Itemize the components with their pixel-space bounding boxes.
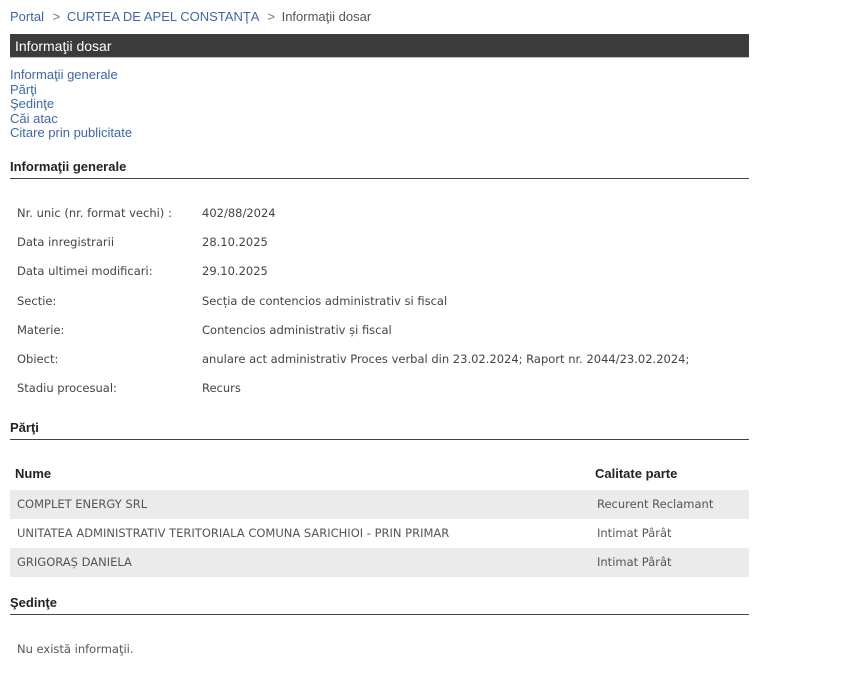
section-heading-hearings: Şedinţe <box>10 595 749 615</box>
table-header: Nume Calitate parte <box>10 462 749 490</box>
breadcrumb-current: Informaţii dosar <box>282 9 372 24</box>
page-title: Informaţii dosar <box>15 38 111 54</box>
party-role: Recurent Reclamant <box>597 497 713 511</box>
quicklink-general-info[interactable]: Informaţii generale <box>10 68 132 83</box>
column-header-name: Nume <box>15 466 51 481</box>
breadcrumb-separator: > <box>53 9 61 24</box>
info-value: Recurs <box>202 381 241 395</box>
section-heading-text: Şedinţe <box>10 595 57 610</box>
table-row: COMPLET ENERGY SRL Recurent Reclamant <box>10 490 749 519</box>
page-title-bar: Informaţii dosar <box>10 34 749 58</box>
quicklink-appeals[interactable]: Căi atac <box>10 112 132 127</box>
section-heading-parties: Părţi <box>10 420 749 440</box>
table-row: GRIGORAȘ DANIELA Intimat Pârât <box>10 548 749 577</box>
info-label: Data ultimei modificari: <box>17 264 153 278</box>
hearings-empty-message: Nu există informaţii. <box>17 642 134 656</box>
breadcrumb-court-link[interactable]: CURTEA DE APEL CONSTANŢA <box>67 9 259 24</box>
info-label: Stadiu procesual: <box>17 381 117 395</box>
party-name: UNITATEA ADMINISTRATIV TERITORIALA COMUN… <box>17 526 449 540</box>
section-heading-text: Părţi <box>10 420 39 435</box>
info-value: 402/88/2024 <box>202 206 276 220</box>
info-value: 29.10.2025 <box>202 264 268 278</box>
section-heading-general-info: Informaţii generale <box>10 159 749 179</box>
info-value: Secția de contencios administrativ si fi… <box>202 294 447 308</box>
party-name: COMPLET ENERGY SRL <box>17 497 147 511</box>
info-label: Sectie: <box>17 294 56 308</box>
info-label: Materie: <box>17 323 64 337</box>
section-quicklinks: Informaţii generale Părţi Şedinţe Căi at… <box>10 68 132 141</box>
party-role: Intimat Pârât <box>597 555 672 569</box>
table-row: UNITATEA ADMINISTRATIV TERITORIALA COMUN… <box>10 519 749 548</box>
party-name: GRIGORAȘ DANIELA <box>17 555 132 569</box>
breadcrumb-portal-link[interactable]: Portal <box>10 9 44 24</box>
parties-table: Nume Calitate parte COMPLET ENERGY SRL R… <box>10 462 749 577</box>
quicklink-hearings[interactable]: Şedinţe <box>10 97 132 112</box>
info-value: 28.10.2025 <box>202 235 268 249</box>
column-header-role: Calitate parte <box>595 466 677 481</box>
info-label: Nr. unic (nr. format vechi) : <box>17 206 172 220</box>
breadcrumb: Portal > CURTEA DE APEL CONSTANŢA > Info… <box>10 9 371 24</box>
info-label: Data inregistrarii <box>17 235 114 249</box>
section-heading-text: Informaţii generale <box>10 159 126 174</box>
info-value: Contencios administrativ și fiscal <box>202 323 392 337</box>
quicklink-public-summons[interactable]: Citare prin publicitate <box>10 126 132 141</box>
breadcrumb-separator: > <box>267 9 275 24</box>
info-value: anulare act administrativ Proces verbal … <box>202 352 689 366</box>
party-role: Intimat Pârât <box>597 526 672 540</box>
info-label: Obiect: <box>17 352 58 366</box>
quicklink-parties[interactable]: Părţi <box>10 83 132 98</box>
